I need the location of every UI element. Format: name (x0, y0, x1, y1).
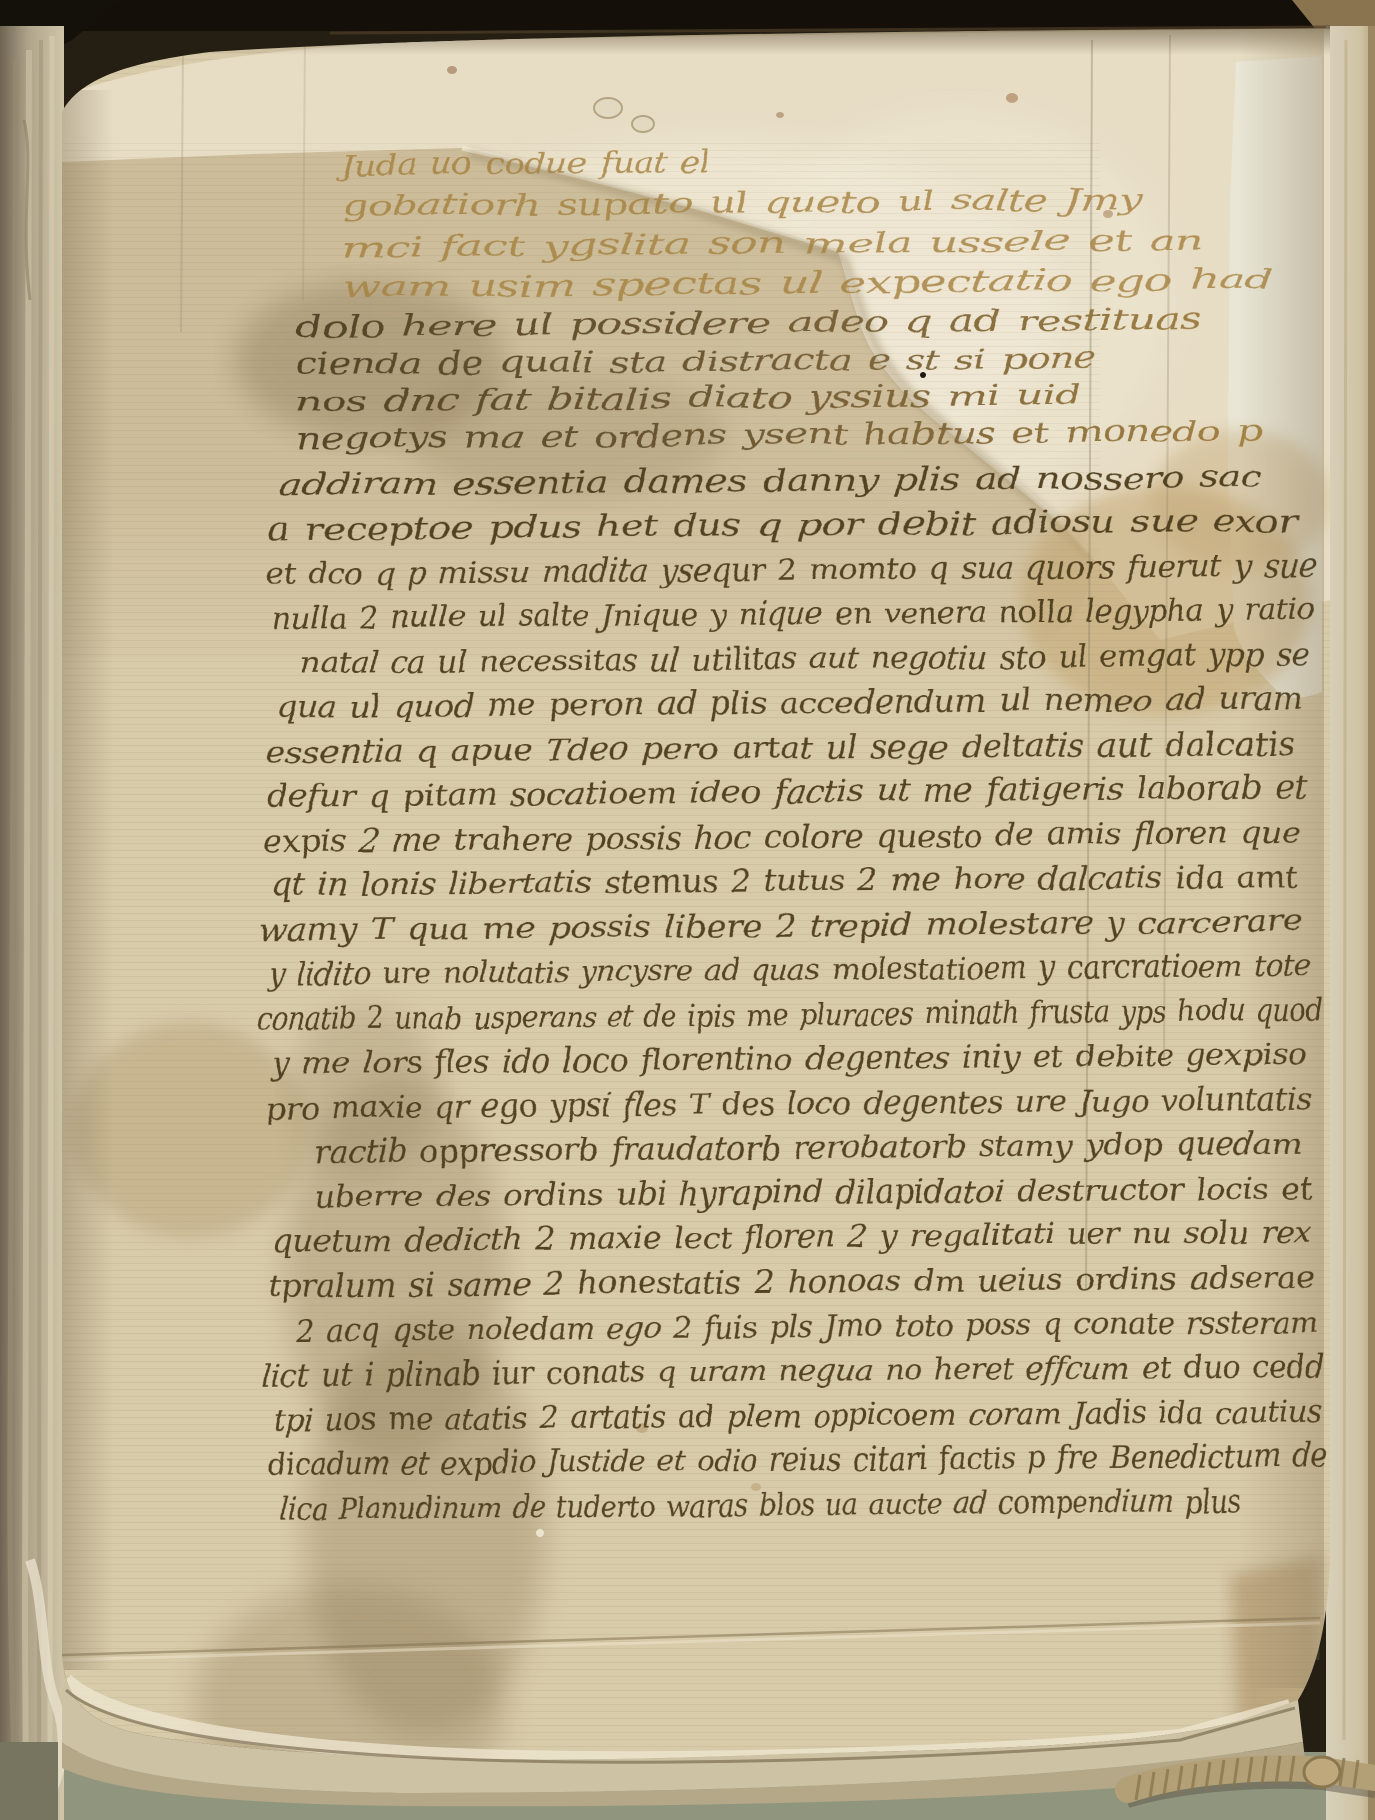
binding-top-black-band (0, 0, 1375, 31)
overlay-line-2: gobatiorh supato ul queto ul salte Jmy (342, 182, 1144, 223)
left-edge-shadow (60, 90, 114, 1670)
fox-spot-3 (1006, 93, 1018, 103)
wax-lump-2 (632, 116, 654, 132)
adjacent-page-grain (1344, 40, 1346, 1740)
fox-spot-1 (447, 66, 457, 74)
adjacent-page-outer-edge (1368, 26, 1375, 1820)
pin-dot (536, 1529, 544, 1537)
overlay-line-1: Juda uo codue fuat el (336, 145, 711, 182)
manuscript-scan: Juda uo codue fuat el gobatiorh supato u… (0, 0, 1375, 1820)
overlay-line-7: nos dnc fat bitalis diato yssius mi uid (295, 378, 1080, 419)
adjacent-page-body (1326, 26, 1375, 1820)
wax-lump-1 (594, 98, 622, 118)
cord-knot (1304, 1757, 1340, 1787)
overlay-line-6: cienda de quali sta distracta e st si po… (295, 341, 1095, 382)
book-spine-left (0, 26, 64, 1820)
spine-bottom-dark-corner (0, 1742, 58, 1820)
fox-spot-2 (776, 112, 784, 118)
